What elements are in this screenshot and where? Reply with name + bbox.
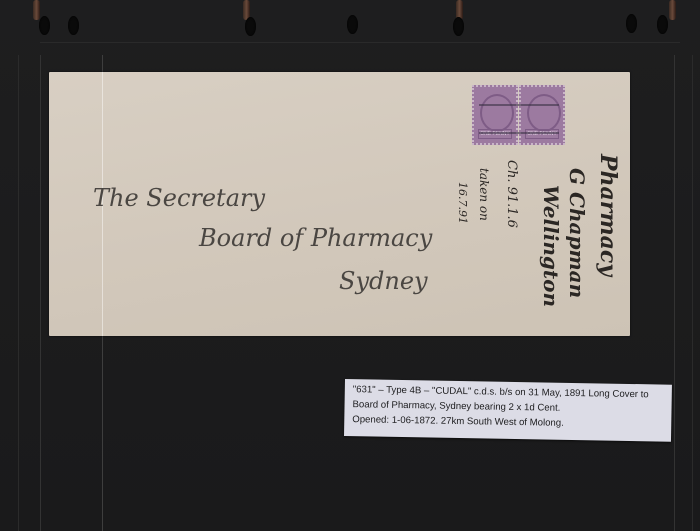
postmark-cancel (479, 104, 559, 134)
punch-hole (657, 15, 668, 34)
punch-hole (68, 16, 79, 35)
address-line-3: Sydney (339, 267, 428, 295)
page-margin-line (692, 55, 693, 531)
punch-hole (347, 15, 358, 34)
page-margin-line (674, 55, 675, 531)
caption-label: "631" – Type 4B – "CUDAL" c.d.s. b/s on … (344, 379, 672, 442)
address-line-1: The Secretary (93, 184, 265, 212)
binder-ring (669, 0, 676, 20)
punch-hole (453, 17, 464, 36)
page-margin-line (18, 55, 19, 531)
vertical-note-taken: taken on (477, 168, 491, 221)
postal-cover: ONE PENNY ONE PENNY The Secretary Board … (49, 72, 630, 336)
punch-hole (245, 17, 256, 36)
vertical-note-chapman: G Chapman (565, 168, 589, 298)
binder-ring (33, 0, 40, 20)
vertical-note-pharmacy: Pharmacy (595, 154, 621, 276)
punch-hole (626, 14, 637, 33)
address-line-2: Board of Pharmacy (199, 224, 432, 252)
punch-hole (39, 16, 50, 35)
vertical-note-date: 16.7.91 (456, 182, 469, 224)
vertical-note-wellington: Wellington (539, 185, 563, 307)
page-top-rule (40, 42, 680, 43)
page-margin-line (40, 55, 41, 531)
vertical-note-date-received: Ch. 91.1.6 (504, 160, 519, 228)
